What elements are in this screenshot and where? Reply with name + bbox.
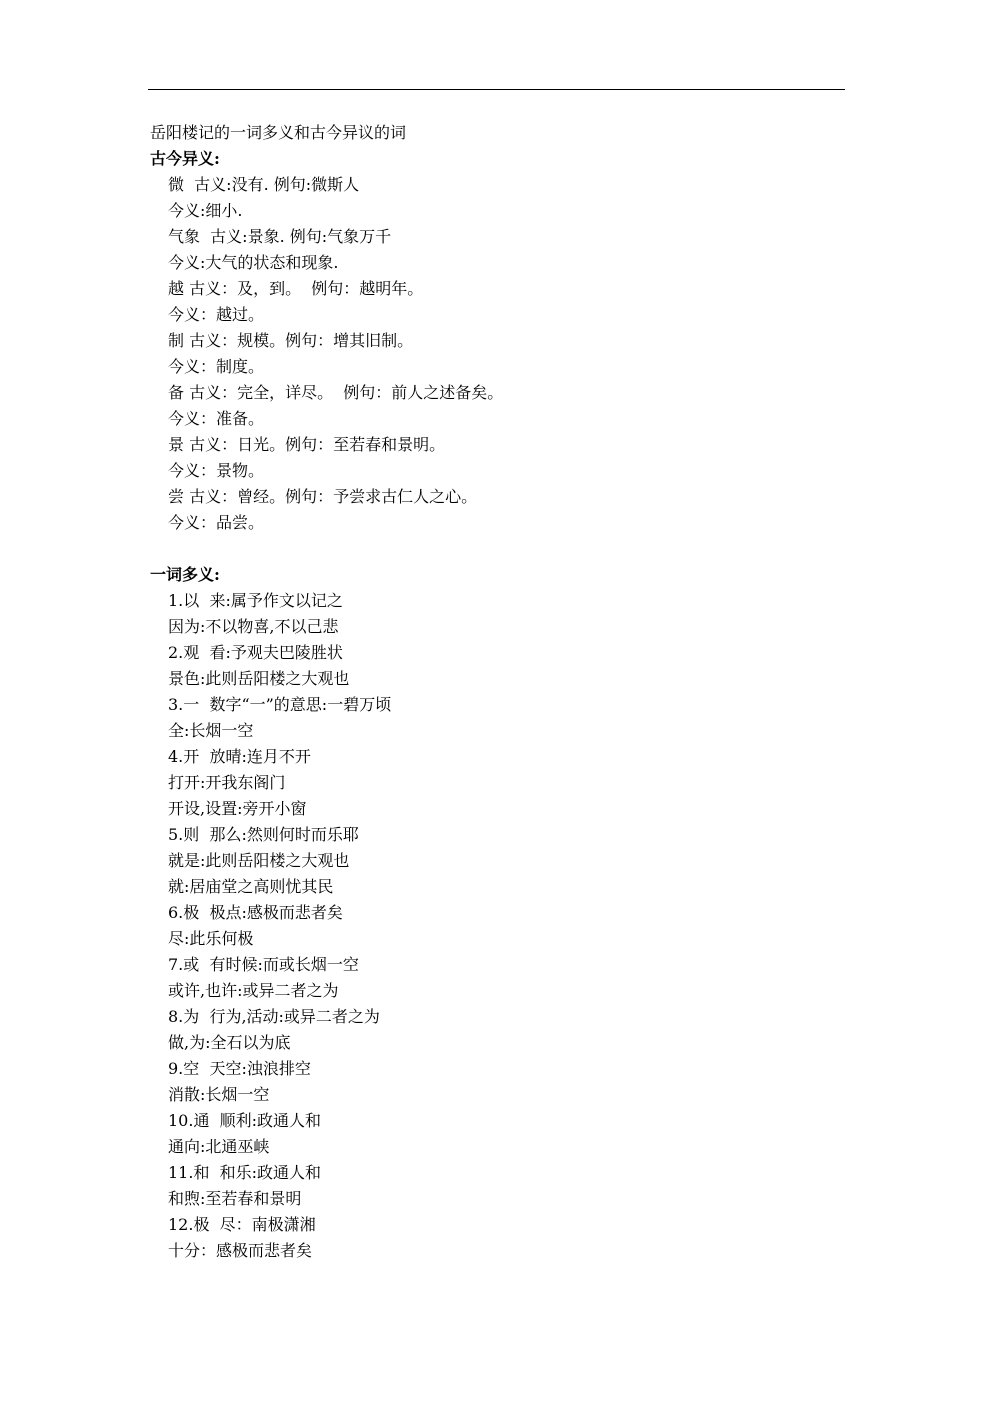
text-line: 今义:大气的状态和现象. (150, 250, 850, 276)
text-line: 微 古义:没有. 例句:微斯人 (150, 172, 850, 198)
text-line: 或许,也许:或异二者之为 (150, 978, 850, 1004)
text-line: 2.观 看:予观夫巴陵胜状 (150, 640, 850, 666)
text-line: 因为:不以物喜,不以己悲 (150, 614, 850, 640)
text-line: 4.开 放晴:连月不开 (150, 744, 850, 770)
text-line: 今义：制度。 (150, 354, 850, 380)
text-line: 全:长烟一空 (150, 718, 850, 744)
text-line: 1.以 来:属予作文以记之 (150, 588, 850, 614)
text-line: 尝 古义：曾经。例句：予尝求古仁人之心。 (150, 484, 850, 510)
section-ancient-modern-list: 微 古义:没有. 例句:微斯人今义:细小.气象 古义:景象. 例句:气象万千今义… (150, 172, 850, 536)
text-line: 做,为:全石以为底 (150, 1030, 850, 1056)
section-heading-polysemy: 一词多义: (150, 562, 850, 588)
text-line: 今义：越过。 (150, 302, 850, 328)
text-line: 就:居庙堂之高则忧其民 (150, 874, 850, 900)
text-line: 6.极 极点:感极而悲者矣 (150, 900, 850, 926)
text-line: 消散:长烟一空 (150, 1082, 850, 1108)
text-line: 气象 古义:景象. 例句:气象万千 (150, 224, 850, 250)
text-line: 7.或 有时候:而或长烟一空 (150, 952, 850, 978)
text-line: 开设,设置:旁开小窗 (150, 796, 850, 822)
text-line: 打开:开我东阁门 (150, 770, 850, 796)
section-polysemy-list: 1.以 来:属予作文以记之因为:不以物喜,不以己悲2.观 看:予观夫巴陵胜状景色… (150, 588, 850, 1264)
text-line: 10.通 顺利:政通人和 (150, 1108, 850, 1134)
text-line: 今义:细小. (150, 198, 850, 224)
text-line: 9.空 天空:浊浪排空 (150, 1056, 850, 1082)
text-line: 今义：景物。 (150, 458, 850, 484)
text-line: 景 古义：日光。例句：至若春和景明。 (150, 432, 850, 458)
text-line: 越 古义：及，到。 例句：越明年。 (150, 276, 850, 302)
document-body: 岳阳楼记的一词多义和古今异议的词 古今异义: 微 古义:没有. 例句:微斯人今义… (150, 120, 850, 1264)
text-line: 12.极 尽：南极潇湘 (150, 1212, 850, 1238)
text-line: 和煦:至若春和景明 (150, 1186, 850, 1212)
text-line: 11.和 和乐:政通人和 (150, 1160, 850, 1186)
text-line: 3.一 数字“一”的意思:一碧万顷 (150, 692, 850, 718)
text-line: 5.则 那么:然则何时而乐耶 (150, 822, 850, 848)
text-line: 8.为 行为,活动:或异二者之为 (150, 1004, 850, 1030)
header-rule (148, 89, 845, 90)
text-line: 尽:此乐何极 (150, 926, 850, 952)
text-line: 就是:此则岳阳楼之大观也 (150, 848, 850, 874)
text-line: 备 古义：完全，详尽。 例句：前人之述备矣。 (150, 380, 850, 406)
text-line: 制 古义：规模。例句：增其旧制。 (150, 328, 850, 354)
text-line: 景色:此则岳阳楼之大观也 (150, 666, 850, 692)
text-line: 通向:北通巫峡 (150, 1134, 850, 1160)
spacer (150, 536, 850, 562)
text-line: 十分：感极而悲者矣 (150, 1238, 850, 1264)
section-heading-ancient-modern: 古今异义: (150, 146, 850, 172)
document-title: 岳阳楼记的一词多义和古今异议的词 (150, 120, 850, 146)
text-line: 今义：品尝。 (150, 510, 850, 536)
text-line: 今义：准备。 (150, 406, 850, 432)
